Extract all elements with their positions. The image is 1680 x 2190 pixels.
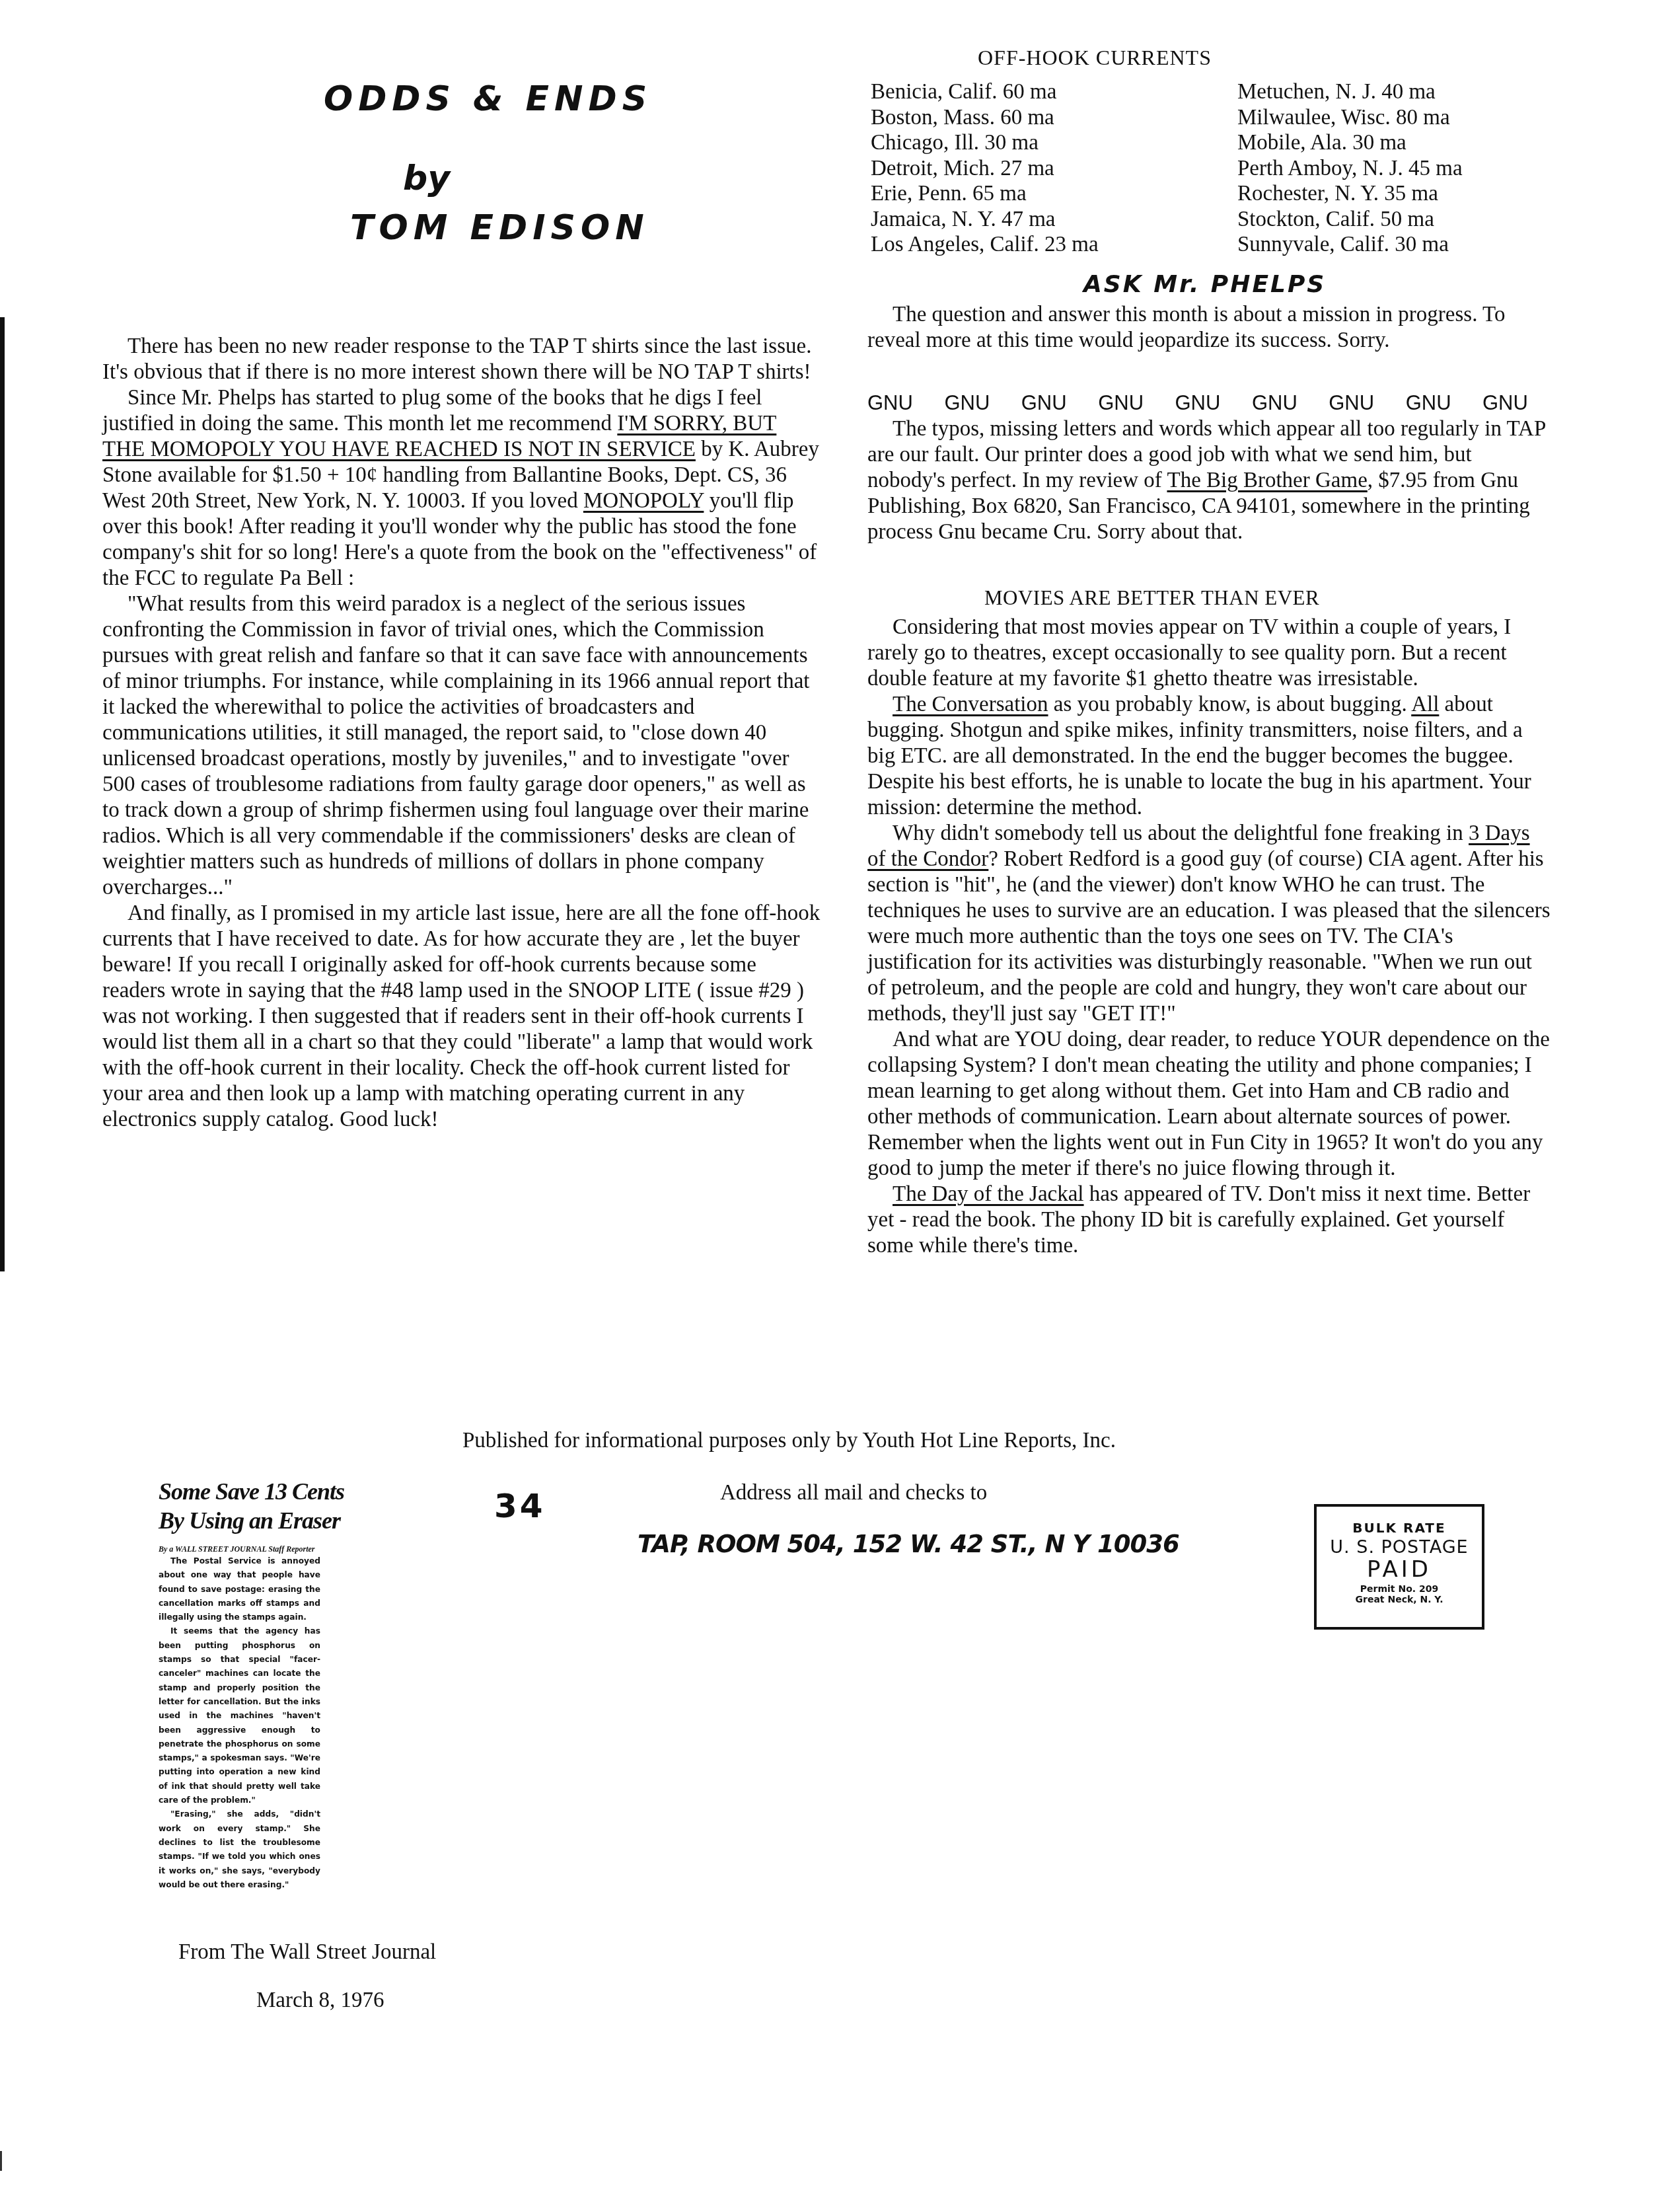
offhook-entry: Rochester, N. Y. 35 ma [1237,181,1564,207]
article-author: TOM EDISON [350,208,649,248]
published-notice: Published for informational purposes onl… [462,1428,1116,1454]
gnu-word: GNU [1329,391,1374,415]
offhook-entry: Metuchen, N. J. 40 ma [1237,79,1564,105]
phelps-heading: ASK Mr. PHELPS [1083,271,1326,298]
movies-paragraph-3: Why didn't somebody tell us about the de… [867,821,1551,1027]
postage-line-5: Great Neck, N. Y. [1317,1595,1482,1605]
monopoly-title: MONOPOLY [583,489,704,513]
clipping-headline-1: Some Save 13 Cents [159,1477,317,1506]
paragraph-tshirts: There has been no new reader response to… [102,334,822,385]
gnu-word: GNU [1406,391,1451,415]
big-brother-game-title: The Big Brother Game [1167,469,1367,492]
clipping-date: March 8, 1976 [256,1988,384,2014]
gnu-word: GNU [1482,391,1528,415]
paragraph-off-hook: And finally, as I promised in my article… [102,901,822,1133]
offhook-entry: Erie, Penn. 65 ma [871,181,1237,207]
gnu-word: GNU [867,391,913,415]
offhook-entry: Milwaulee, Wisc. 80 ma [1237,105,1564,131]
typos-paragraph: The typos, missing letters and words whi… [867,416,1548,545]
phelps-text: The question and answer this month is ab… [867,302,1548,354]
bulk-rate-postage-stamp: BULK RATE U. S. POSTAGE PAID Permit No. … [1314,1504,1484,1630]
offhook-entry: Detroit, Mich. 27 ma [871,156,1237,182]
gnu-word: GNU [1252,391,1297,415]
film-title-jackal: The Day of the Jackal [893,1182,1084,1206]
movies-paragraph-1: Considering that most movies appear on T… [867,615,1551,692]
postage-line-2: U. S. POSTAGE [1317,1537,1482,1558]
offhook-entry: Chicago, Ill. 30 ma [871,130,1237,156]
postage-line-4: Permit No. 209 [1317,1584,1482,1595]
typos-section: The typos, missing letters and words whi… [867,416,1548,545]
clipping-body: The Postal Service is annoyed about one … [159,1554,320,1892]
paragraph-book-recommendation: Since Mr. Phelps has started to plug som… [102,385,822,591]
clipping-paragraph: "Erasing," she adds, "didn't work on eve… [159,1807,320,1892]
offhook-table: Benicia, Calif. 60 ma Metuchen, N. J. 40… [871,79,1564,258]
gnu-word: GNU [944,391,990,415]
gnu-word: GNU [1175,391,1221,415]
movies-paragraph-5: The Day of the Jackal has appeared of TV… [867,1182,1551,1259]
offhook-entry: Benicia, Calif. 60 ma [871,79,1237,105]
offhook-entry: Boston, Mass. 60 ma [871,105,1237,131]
clipping-headline-2: By Using an Eraser [159,1506,317,1535]
movies-section: Considering that most movies appear on T… [867,615,1551,1259]
gnu-word: GNU [1021,391,1067,415]
scan-edge-shadow [0,317,5,1271]
clipping-byline: By a WALL STREET JOURNAL Staff Reporter [159,1544,317,1554]
gnu-word: GNU [1098,391,1144,415]
article-title: ODDS & ENDS [324,79,652,119]
paragraph-quote: "What results from this weird paradox is… [102,591,822,901]
movies-heading: MOVIES ARE BETTER THAN EVER [984,585,1319,611]
phelps-section: The question and answer this month is ab… [867,302,1548,354]
movies-paragraph-4: And what are YOU doing, dear reader, to … [867,1027,1551,1182]
mailing-address: TAP, ROOM 504, 152 W. 42 ST., N Y 10036 [638,1530,1179,1558]
offhook-entry: Sunnyvale, Calif. 30 ma [1237,232,1564,258]
film-title-conversation: The Conversation [893,693,1048,716]
clipping-source: From The Wall Street Journal [178,1940,436,1965]
offhook-entry: Jamaica, N. Y. 47 ma [871,207,1237,233]
postage-line-3: PAID [1317,1558,1482,1581]
page-number: 34 [494,1487,546,1525]
offhook-entry: Perth Amboy, N. J. 45 ma [1237,156,1564,182]
all-emphasis: All [1411,693,1439,716]
gnu-divider: GNU GNU GNU GNU GNU GNU GNU GNU GNU [867,391,1528,415]
offhook-entry: Los Angeles, Calif. 23 ma [871,232,1237,258]
movies-paragraph-2: The Conversation as you probably know, i… [867,692,1551,821]
address-label: Address all mail and checks to [720,1480,987,1506]
scan-edge-mark [0,2151,2,2171]
movies-text: Why didn't somebody tell us about the de… [893,821,1469,845]
offhook-entry: Stockton, Calif. 50 ma [1237,207,1564,233]
offhook-entry: Mobile, Ala. 30 ma [1237,130,1564,156]
offhook-title: OFF-HOOK CURRENTS [978,45,1212,71]
postage-line-1: BULK RATE [1317,1520,1482,1536]
newspaper-clipping: Some Save 13 Cents By Using an Eraser By… [159,1477,317,1892]
left-column: There has been no new reader response to… [102,334,822,1133]
clipping-paragraph: The Postal Service is annoyed about one … [159,1554,320,1624]
movies-text: as you probably know, is about bugging. [1048,693,1412,716]
article-by: by [403,159,450,198]
movies-text: ? Robert Redford is a good guy (of cours… [867,847,1551,1026]
clipping-paragraph: It seems that the agency has been puttin… [159,1624,320,1807]
